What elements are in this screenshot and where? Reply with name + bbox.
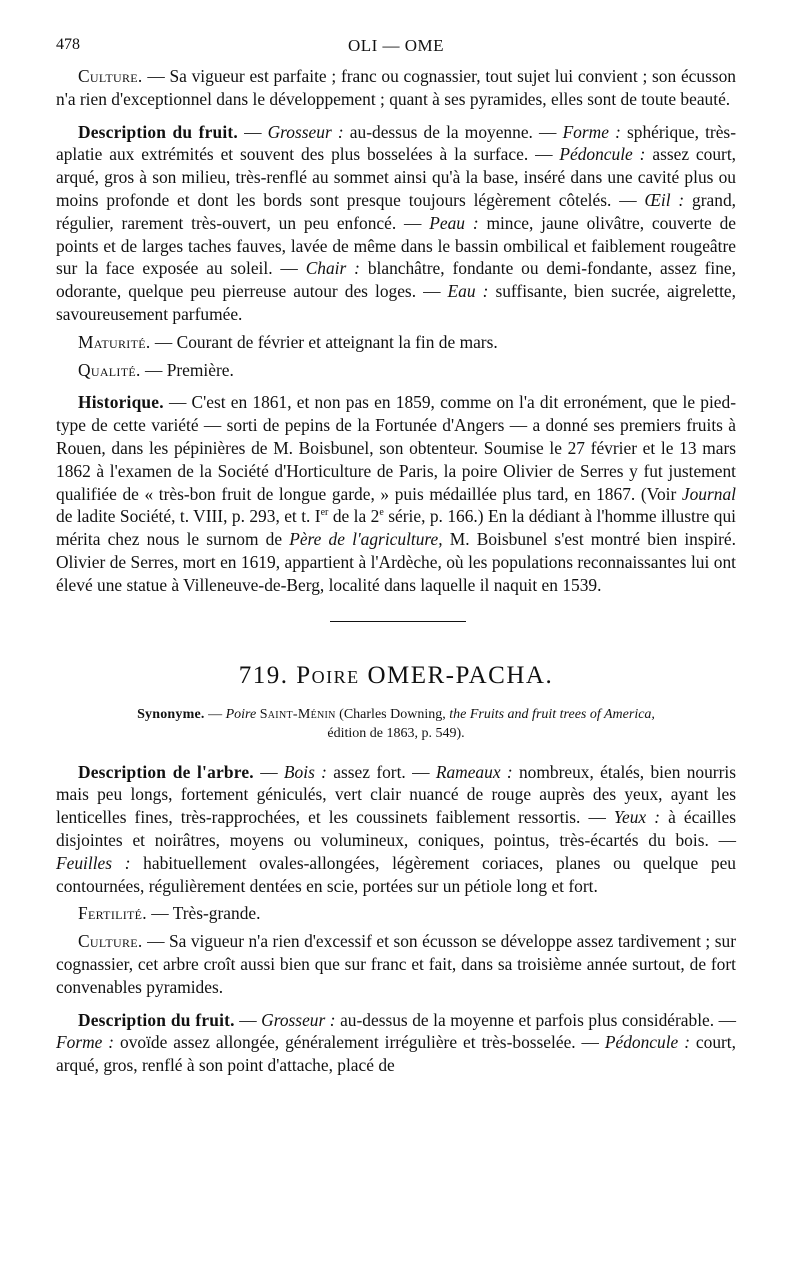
fertilite-paragraph: Fertilité. — Très-grande.: [56, 902, 736, 925]
qualite-label: Qualité.: [78, 360, 141, 380]
fruit-description-heading: Description du fruit.: [78, 122, 238, 142]
entry-prefix: Poire: [296, 662, 359, 689]
synonym-label: Synonyme.: [137, 707, 205, 722]
entry-title: 719. Poire OMER-PACHA.: [56, 661, 736, 691]
fruit-description-paragraph-2: Description du fruit. — Grosseur : au-de…: [56, 1009, 736, 1077]
fruit-description-paragraph: Description du fruit. — Grosseur : au-de…: [56, 121, 736, 326]
synonym-name: Saint-Ménin: [260, 707, 336, 722]
maturite-label: Maturité.: [78, 332, 151, 352]
divider-rule: [330, 621, 466, 622]
culture-label: Culture.: [78, 66, 143, 86]
culture-label-2: Culture.: [78, 931, 143, 951]
culture-paragraph-2: Culture. — Sa vigueur n'a rien d'excessi…: [56, 930, 736, 998]
synonym-line: Synonyme. — Poire Saint-Ménin (Charles D…: [56, 705, 736, 743]
section-divider: [56, 621, 736, 625]
running-title: OLI — OME: [56, 36, 736, 56]
entry-number: 719.: [239, 662, 289, 689]
entry-name: OMER-PACHA.: [367, 662, 553, 689]
reference-title: the Fruits and fruit trees of America,: [449, 707, 655, 722]
tree-description-paragraph: Description de l'arbre. — Bois : assez f…: [56, 761, 736, 898]
running-head: 478 OLI — OME: [56, 32, 736, 60]
culture-paragraph: Culture. — Sa vigueur est parfaite ; fra…: [56, 65, 736, 111]
tree-description-heading: Description de l'arbre.: [78, 762, 254, 782]
book-page: 478 OLI — OME Culture. — Sa vigueur est …: [56, 32, 736, 1077]
fruit-description-heading-2: Description du fruit.: [78, 1010, 235, 1030]
maturite-paragraph: Maturité. — Courant de février et atteig…: [56, 331, 736, 354]
qualite-paragraph: Qualité. — Première.: [56, 359, 736, 382]
fertilite-label: Fertilité.: [78, 903, 147, 923]
historique-paragraph: Historique. — C'est en 1861, et non pas …: [56, 391, 736, 596]
historique-heading: Historique.: [78, 392, 164, 412]
